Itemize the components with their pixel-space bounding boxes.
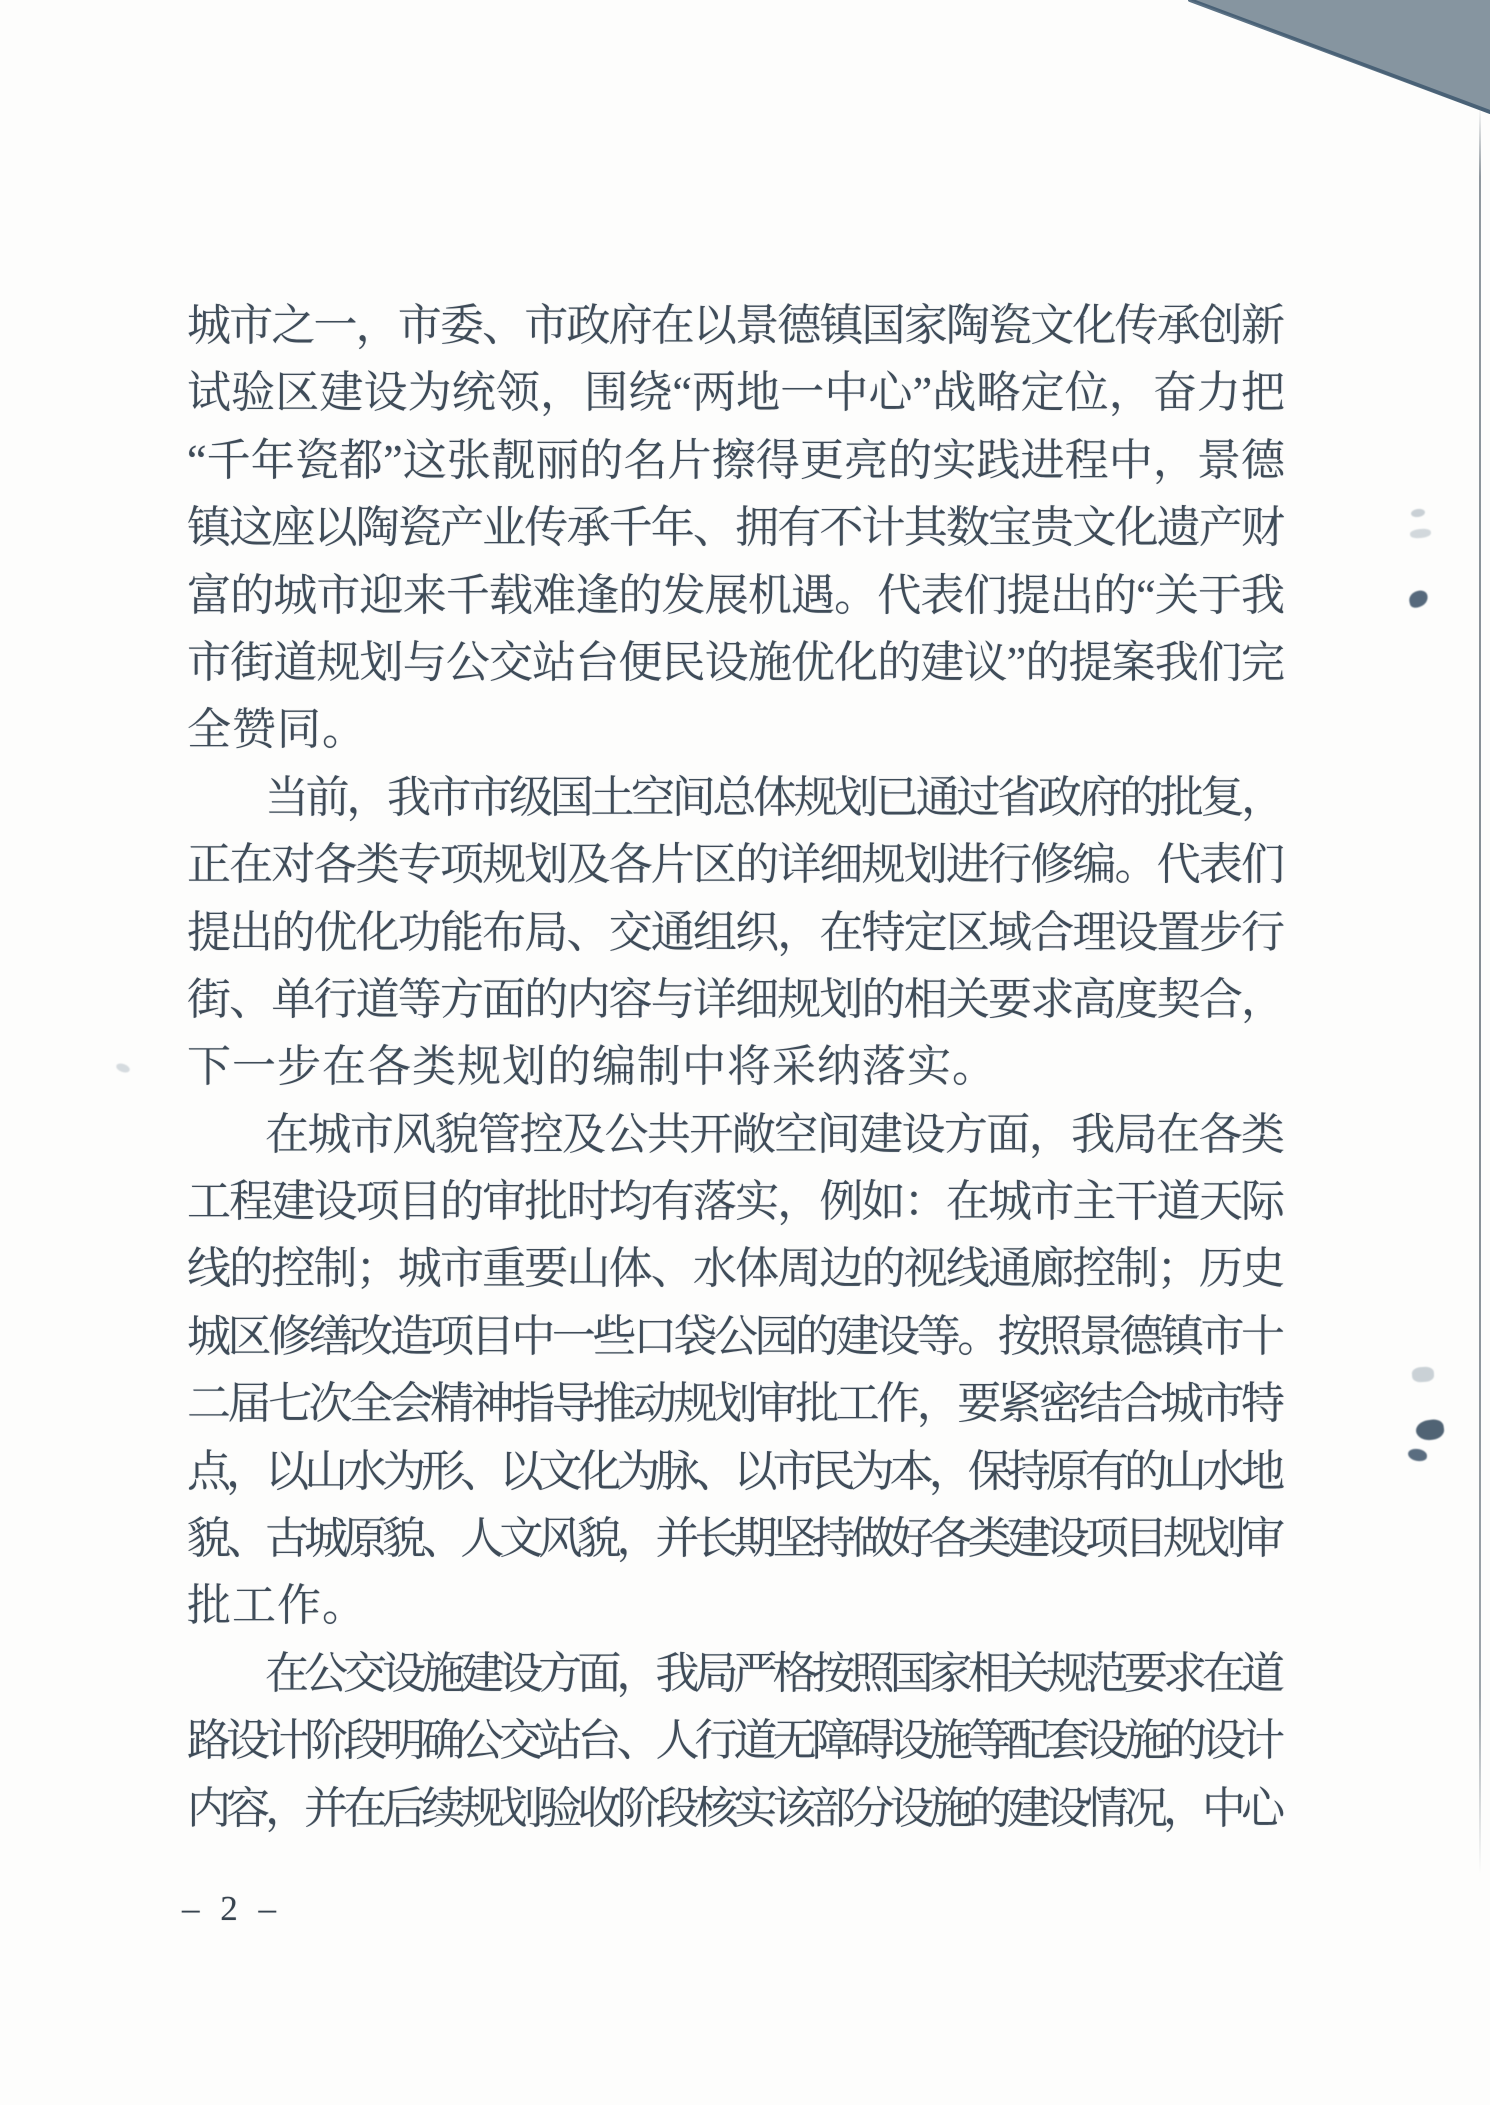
- text-line-content: 试验区建设为统领，围绕“两地一中心”战略定位，奋力把: [187, 368, 1285, 417]
- text-line-content: 城区修缮改造项目中一些口袋公园的建设等。按照景德镇市十: [187, 1312, 1282, 1361]
- ink-smudge: [1415, 1418, 1446, 1442]
- scan-edge-line: [1479, 106, 1481, 1874]
- text-line: 正在对各类专项规划及各片区的详细规划进行修编。代表们: [187, 831, 1285, 898]
- ink-smudge: [1407, 589, 1429, 609]
- ink-smudge: [1411, 508, 1426, 518]
- text-line-content: 路设计阶段明确公交站台、人行道无障碍设施等配套设施的设计: [187, 1716, 1280, 1765]
- ink-smudge: [1412, 1366, 1435, 1382]
- text-line: 批工作。: [187, 1572, 1285, 1639]
- text-line: 在城市风貌管控及公共开敞空间建设方面，我局在各类: [187, 1101, 1285, 1168]
- text-line: 街、单行道等方面的内容与详细规划的相关要求高度契合，: [187, 966, 1285, 1033]
- text-line-content: “千年瓷都”这张靓丽的名片擦得更亮的实践进程中，景德: [187, 436, 1285, 485]
- ink-smudge: [1410, 528, 1432, 539]
- text-line: 貌、古城原貌、人文风貌，并长期坚持做好各类建设项目规划审: [187, 1505, 1285, 1572]
- text-line: “千年瓷都”这张靓丽的名片擦得更亮的实践进程中，景德: [187, 427, 1285, 494]
- text-line-content: 貌、古城原貌、人文风貌，并长期坚持做好各类建设项目规划审: [187, 1514, 1280, 1563]
- text-line: 在公交设施建设方面，我局严格按照国家相关规范要求在道: [187, 1640, 1285, 1707]
- text-line: 路设计阶段明确公交站台、人行道无障碍设施等配套设施的设计: [187, 1707, 1285, 1774]
- text-line-content: 线的控制；城市重要山体、水体周边的视线通廊控制；历史: [187, 1244, 1283, 1293]
- text-line: 工程建设项目的审批时均有落实，例如：在城市主干道天际: [187, 1168, 1285, 1235]
- text-line-content: 富的城市迎来千载难逢的发展机遇。代表们提出的“关于我: [187, 571, 1284, 620]
- text-line: 市街道规划与公交站台便民设施优化的建议”的提案我们完: [187, 629, 1285, 696]
- text-line-content: 点，以山水为形、以文化为脉、以市民为本，保持原有的山水地: [187, 1447, 1280, 1496]
- text-line-content: 在城市风貌管控及公共开敞空间建设方面，我局在各类: [265, 1110, 1283, 1159]
- text-line-content: 工程建设项目的审批时均有落实，例如：在城市主干道天际: [187, 1177, 1283, 1226]
- text-line-content: 市街道规划与公交站台便民设施优化的建议”的提案我们完: [187, 638, 1284, 687]
- text-line: 试验区建设为统领，围绕“两地一中心”战略定位，奋力把: [187, 359, 1285, 426]
- ink-smudge: [115, 1062, 131, 1074]
- text-line: 当前，我市市级国土空间总体规划已通过省政府的批复，: [187, 764, 1285, 831]
- text-line-content: 镇这座以陶瓷产业传承千年、拥有不计其数宝贵文化遗产财: [187, 503, 1283, 552]
- text-line: 点，以山水为形、以文化为脉、以市民为本，保持原有的山水地: [187, 1438, 1285, 1505]
- text-line: 富的城市迎来千载难逢的发展机遇。代表们提出的“关于我: [187, 562, 1285, 629]
- text-line: 二届七次全会精神指导推动规划审批工作，要紧密结合城市特: [187, 1370, 1285, 1437]
- text-line: 城区修缮改造项目中一些口袋公园的建设等。按照景德镇市十: [187, 1303, 1285, 1370]
- text-line-content: 城市之一，市委、市政府在以景德镇国家陶瓷文化传承创新: [187, 301, 1283, 350]
- text-line: 镇这座以陶瓷产业传承千年、拥有不计其数宝贵文化遗产财: [187, 494, 1285, 561]
- page-number: – 2 –: [182, 1889, 282, 1929]
- text-line: 下一步在各类规划的编制中将采纳落实。: [187, 1033, 1285, 1100]
- text-line-content: 二届七次全会精神指导推动规划审批工作，要紧密结合城市特: [187, 1379, 1282, 1428]
- corner-fold-artifact: [1188, 0, 1490, 114]
- text-line-content: 批工作。: [187, 1581, 367, 1630]
- text-line-content: 下一步在各类规划的编制中将采纳落实。: [187, 1042, 997, 1091]
- text-line: 城市之一，市委、市政府在以景德镇国家陶瓷文化传承创新: [187, 292, 1285, 359]
- text-line: 内容，并在后续规划验收阶段核实该部分设施的建设情况，中心: [187, 1775, 1285, 1842]
- ink-smudge: [1408, 1448, 1428, 1461]
- text-line: 提出的优化功能布局、交通组织，在特定区域合理设置步行: [187, 899, 1285, 966]
- text-line-content: 街、单行道等方面的内容与详细规划的相关要求高度契合，: [187, 975, 1283, 1024]
- scanned-page: 城市之一，市委、市政府在以景德镇国家陶瓷文化传承创新试验区建设为统领，围绕“两地…: [0, 0, 1490, 2105]
- text-line: 线的控制；城市重要山体、水体周边的视线通廊控制；历史: [187, 1235, 1285, 1302]
- document-body: 城市之一，市委、市政府在以景德镇国家陶瓷文化传承创新试验区建设为统领，围绕“两地…: [187, 292, 1285, 1842]
- text-line-content: 全赞同。: [187, 705, 367, 754]
- text-line-content: 正在对各类专项规划及各片区的详细规划进行修编。代表们: [187, 840, 1283, 889]
- text-line-content: 当前，我市市级国土空间总体规划已通过省政府的批复，: [265, 773, 1282, 822]
- text-line-content: 内容，并在后续规划验收阶段核实该部分设施的建设情况，中心: [187, 1784, 1280, 1833]
- text-line: 全赞同。: [187, 696, 1285, 763]
- text-line-content: 提出的优化功能布局、交通组织，在特定区域合理设置步行: [187, 908, 1283, 957]
- text-line-content: 在公交设施建设方面，我局严格按照国家相关规范要求在道: [265, 1649, 1280, 1698]
